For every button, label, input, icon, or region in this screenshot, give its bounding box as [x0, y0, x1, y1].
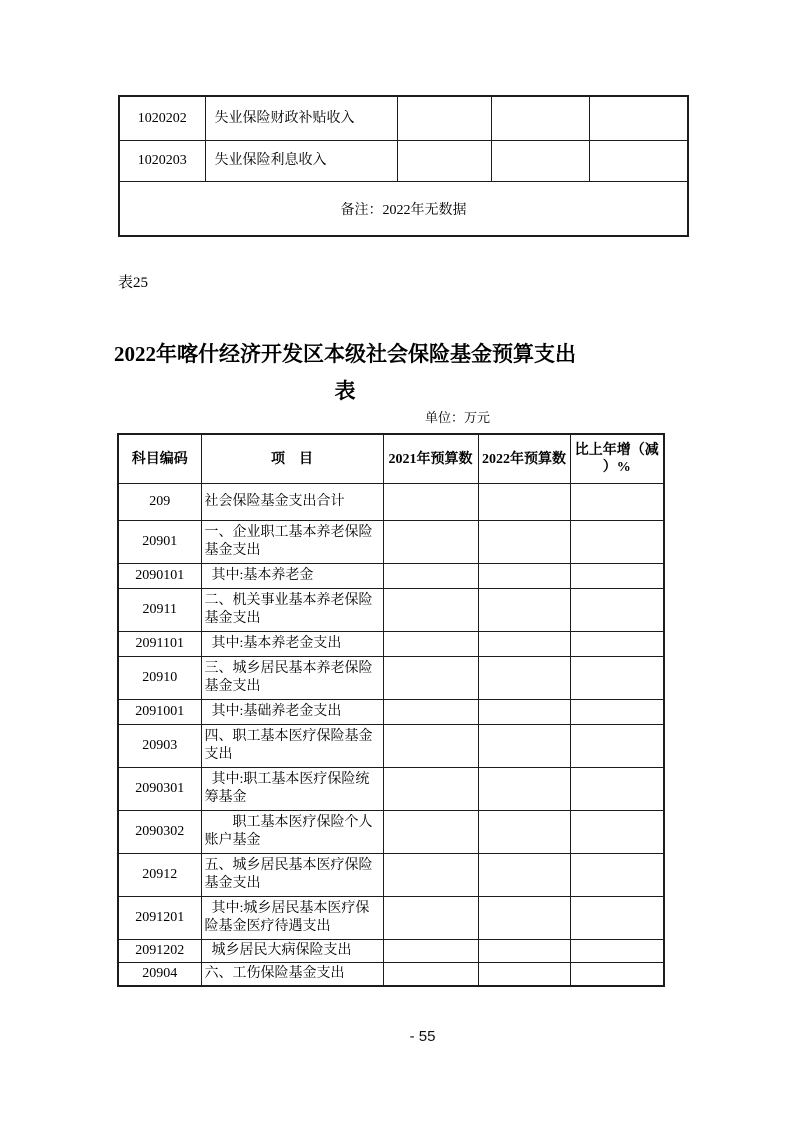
value-cell-2022 — [491, 141, 589, 182]
code-cell: 2091202 — [118, 940, 201, 963]
table-row: 2091202 城乡居民大病保险支出 — [118, 940, 664, 963]
note-row: 备注：2022年无数据 — [119, 182, 688, 237]
code-cell: 2091001 — [118, 700, 201, 725]
value-cell-change — [570, 725, 664, 768]
table-row: 1020203 失业保险利息收入 — [119, 141, 688, 182]
value-cell-2021 — [383, 700, 478, 725]
value-cell-2022 — [478, 897, 570, 940]
value-cell-2022 — [478, 854, 570, 897]
item-cell: 一、企业职工基本养老保险基金支出 — [201, 521, 383, 564]
value-cell-change — [570, 564, 664, 589]
code-cell: 20910 — [118, 657, 201, 700]
table-row: 2091201 其中:城乡居民基本医疗保险基金医疗待遇支出 — [118, 897, 664, 940]
page-number: - 55 — [0, 1028, 793, 1045]
value-cell-change — [570, 768, 664, 811]
code-cell: 1020203 — [119, 141, 205, 182]
value-cell-2021 — [383, 854, 478, 897]
code-cell: 20912 — [118, 854, 201, 897]
table-row: 20903 四、职工基本医疗保险基金支出 — [118, 725, 664, 768]
value-cell-2021 — [383, 484, 478, 521]
value-cell-2022 — [478, 657, 570, 700]
value-cell-2021 — [383, 725, 478, 768]
value-cell-2021 — [383, 657, 478, 700]
value-cell-2022 — [478, 564, 570, 589]
item-cell: 二、机关事业基本养老保险基金支出 — [201, 589, 383, 632]
value-cell-change — [570, 521, 664, 564]
value-cell-change — [570, 963, 664, 987]
value-cell-2022 — [478, 725, 570, 768]
table-row: 2091101 其中:基本养老金支出 — [118, 632, 664, 657]
budget-table: 科目编码 项 目 2021年预算数 2022年预算数 比上年增（减）% 209 … — [117, 433, 665, 987]
table-label: 表25 — [118, 271, 148, 292]
value-cell-2021 — [383, 940, 478, 963]
value-cell-change — [589, 96, 688, 141]
value-cell-2021 — [383, 811, 478, 854]
value-cell-2022 — [478, 963, 570, 987]
page-title: 2022年喀什经济开发区本级社会保险基金预算支出 表 — [50, 336, 640, 410]
item-cell: 四、职工基本医疗保险基金支出 — [201, 725, 383, 768]
table-row: 2090302 职工基本医疗保险个人账户基金 — [118, 811, 664, 854]
table-row: 2090101 其中:基本养老金 — [118, 564, 664, 589]
value-cell-change — [570, 632, 664, 657]
value-cell-2022 — [478, 484, 570, 521]
value-cell-2022 — [478, 940, 570, 963]
item-cell: 城乡居民大病保险支出 — [201, 940, 383, 963]
item-cell: 三、城乡居民基本养老保险基金支出 — [201, 657, 383, 700]
value-cell-2022 — [478, 811, 570, 854]
code-cell: 2090101 — [118, 564, 201, 589]
table-row: 1020202 失业保险财政补贴收入 — [119, 96, 688, 141]
continuation-table: 1020202 失业保险财政补贴收入 1020203 失业保险利息收入 备注：2… — [118, 95, 689, 237]
value-cell-2021 — [383, 897, 478, 940]
table-row: 20912 五、城乡居民基本医疗保险基金支出 — [118, 854, 664, 897]
value-cell-change — [570, 700, 664, 725]
code-cell: 20903 — [118, 725, 201, 768]
table-row: 20901 一、企业职工基本养老保险基金支出 — [118, 521, 664, 564]
page-title-line2: 表 — [50, 373, 640, 410]
value-cell-2022 — [478, 700, 570, 725]
code-cell: 209 — [118, 484, 201, 521]
document-page: 1020202 失业保险财政补贴收入 1020203 失业保险利息收入 备注：2… — [0, 0, 793, 1122]
item-cell: 其中:基础养老金支出 — [201, 700, 383, 725]
value-cell-2022 — [478, 521, 570, 564]
value-cell-2021 — [383, 632, 478, 657]
item-cell: 五、城乡居民基本医疗保险基金支出 — [201, 854, 383, 897]
value-cell-2022 — [491, 96, 589, 141]
value-cell-change — [570, 897, 664, 940]
table-row: 2090301 其中:职工基本医疗保险统筹基金 — [118, 768, 664, 811]
value-cell-2021 — [383, 963, 478, 987]
value-cell-2021 — [383, 564, 478, 589]
item-cell: 社会保险基金支出合计 — [201, 484, 383, 521]
unit-label: 单位：万元 — [425, 407, 490, 426]
item-cell: 六、工伤保险基金支出 — [201, 963, 383, 987]
code-cell: 2090302 — [118, 811, 201, 854]
header-2021: 2021年预算数 — [383, 434, 478, 484]
table-row: 20910 三、城乡居民基本养老保险基金支出 — [118, 657, 664, 700]
item-cell: 职工基本医疗保险个人账户基金 — [201, 811, 383, 854]
value-cell-2021 — [383, 589, 478, 632]
value-cell-change — [570, 940, 664, 963]
note-cell: 备注：2022年无数据 — [119, 182, 688, 237]
value-cell-change — [589, 141, 688, 182]
value-cell-change — [570, 854, 664, 897]
value-cell-2021 — [383, 768, 478, 811]
value-cell-change — [570, 484, 664, 521]
table-row: 20911 二、机关事业基本养老保险基金支出 — [118, 589, 664, 632]
value-cell-change — [570, 589, 664, 632]
header-change: 比上年增（减）% — [570, 434, 664, 484]
header-code: 科目编码 — [118, 434, 201, 484]
header-item: 项 目 — [201, 434, 383, 484]
value-cell-2021 — [383, 521, 478, 564]
item-cell: 失业保险财政补贴收入 — [205, 96, 397, 141]
value-cell-2022 — [478, 589, 570, 632]
code-cell: 1020202 — [119, 96, 205, 141]
header-row: 科目编码 项 目 2021年预算数 2022年预算数 比上年增（减）% — [118, 434, 664, 484]
table-row: 2091001 其中:基础养老金支出 — [118, 700, 664, 725]
item-cell: 其中:城乡居民基本医疗保险基金医疗待遇支出 — [201, 897, 383, 940]
table-row: 20904 六、工伤保险基金支出 — [118, 963, 664, 987]
value-cell-2022 — [478, 768, 570, 811]
value-cell-2022 — [478, 632, 570, 657]
code-cell: 20901 — [118, 521, 201, 564]
item-cell: 其中:基本养老金支出 — [201, 632, 383, 657]
item-cell: 其中:职工基本医疗保险统筹基金 — [201, 768, 383, 811]
value-cell-2021 — [397, 141, 491, 182]
item-cell: 其中:基本养老金 — [201, 564, 383, 589]
table-row: 209 社会保险基金支出合计 — [118, 484, 664, 521]
value-cell-2021 — [397, 96, 491, 141]
value-cell-change — [570, 811, 664, 854]
code-cell: 20911 — [118, 589, 201, 632]
item-cell: 失业保险利息收入 — [205, 141, 397, 182]
code-cell: 2090301 — [118, 768, 201, 811]
code-cell: 20904 — [118, 963, 201, 987]
value-cell-change — [570, 657, 664, 700]
page-title-line1: 2022年喀什经济开发区本级社会保险基金预算支出 — [50, 336, 640, 373]
header-2022: 2022年预算数 — [478, 434, 570, 484]
code-cell: 2091101 — [118, 632, 201, 657]
code-cell: 2091201 — [118, 897, 201, 940]
